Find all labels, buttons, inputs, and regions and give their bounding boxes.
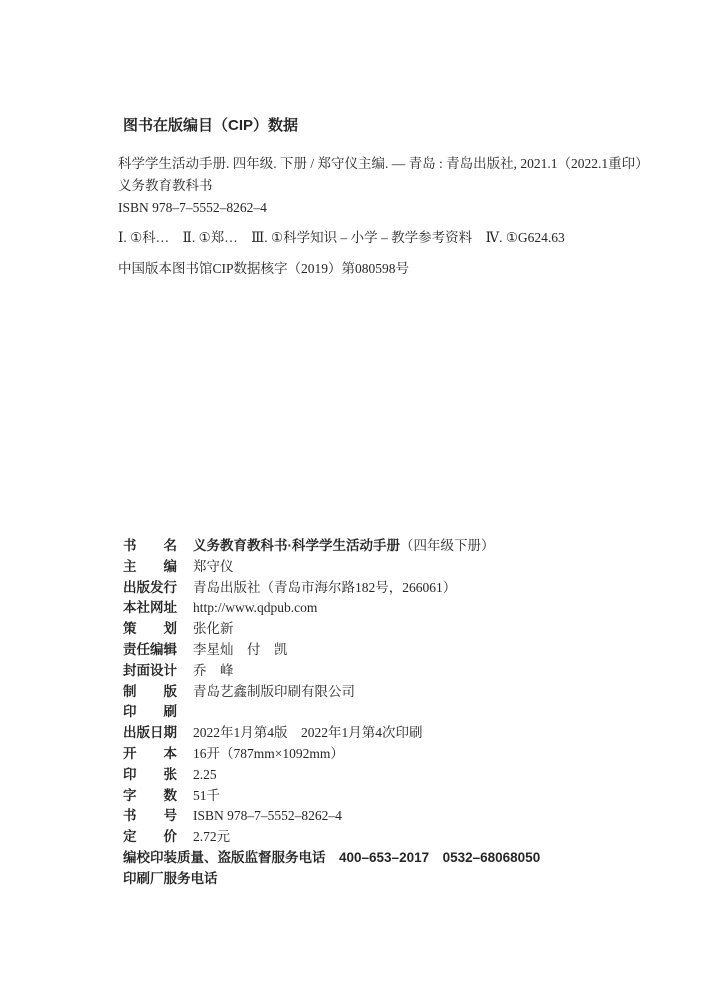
- colophon-row-value: 2.72元: [193, 827, 230, 848]
- colophon-row: 字数 51千: [123, 786, 683, 807]
- colophon-row-value: 16开（787mm×1092mm）: [193, 744, 344, 765]
- colophon-row: 开本 16开（787mm×1092mm）: [123, 744, 683, 765]
- colophon-row-value: 郑守仪: [193, 557, 234, 578]
- colophon-row-label: 定价: [123, 827, 177, 848]
- colophon-footer-line: 印刷厂服务电话: [123, 869, 683, 890]
- colophon-row: 封面设计 乔 峰: [123, 661, 683, 682]
- colophon-row-label: 封面设计: [123, 661, 177, 682]
- colophon-row-value: 乔 峰: [193, 661, 234, 682]
- colophon-row-value: http://www.qdpub.com: [193, 598, 317, 619]
- colophon-row-label: 出版日期: [123, 723, 177, 744]
- colophon-row-label: 策划: [123, 619, 177, 640]
- colophon-row-label: 责任编辑: [123, 640, 177, 661]
- colophon-row-label: 书号: [123, 806, 177, 827]
- colophon-rows: 书名 义务教育教科书·科学学生活动手册 （四年级下册） 主编 郑守仪 出版发行 …: [123, 536, 683, 848]
- colophon-row-value: 义务教育教科书·科学学生活动手册: [193, 536, 400, 557]
- colophon-row-value: 张化新: [193, 619, 234, 640]
- colophon-row: 本社网址 http://www.qdpub.com: [123, 598, 683, 619]
- colophon-row-label: 印刷: [123, 702, 177, 723]
- colophon-row: 出版发行 青岛出版社 （青岛市海尔路182号，266061）: [123, 578, 683, 599]
- colophon-row: 制版 青岛艺鑫制版印刷有限公司: [123, 682, 683, 703]
- colophon-row: 印刷: [123, 702, 683, 723]
- colophon-row-value: 青岛出版社: [193, 578, 261, 599]
- colophon-row: 出版日期 2022年1月第4版 2022年1月第4次印刷: [123, 723, 683, 744]
- colophon-row: 策划 张化新: [123, 619, 683, 640]
- colophon-row-value: 李星灿 付 凯: [193, 640, 288, 661]
- colophon-row: 责任编辑 李星灿 付 凯: [123, 640, 683, 661]
- colophon-row-label: 书名: [123, 536, 177, 557]
- colophon-row-value: ISBN 978–7–5552–8262–4: [193, 806, 342, 827]
- cip-record-line: ISBN 978–7–5552–8262–4: [118, 197, 678, 219]
- cip-record-line: 义务教育教科书: [118, 175, 678, 197]
- cip-classification: Ⅰ. ①科… Ⅱ. ①郑… Ⅲ. ①科学知识 – 小学 – 教学参考资料 Ⅳ. …: [118, 227, 678, 249]
- cip-section: 图书在版编目（CIP）数据 科学学生活动手册. 四年级. 下册 / 郑守仪主编.…: [118, 116, 678, 280]
- colophon-row: 主编 郑守仪: [123, 557, 683, 578]
- colophon-row: 书号 ISBN 978–7–5552–8262–4: [123, 806, 683, 827]
- colophon-row-note: （四年级下册）: [400, 536, 495, 557]
- colophon-row-note: （青岛市海尔路182号，266061）: [261, 578, 457, 599]
- cip-record-lines: 科学学生活动手册. 四年级. 下册 / 郑守仪主编. — 青岛 : 青岛出版社,…: [118, 153, 678, 219]
- colophon-row-label: 字数: [123, 786, 177, 807]
- colophon-row-value: 2022年1月第4版 2022年1月第4次印刷: [193, 723, 423, 744]
- copyright-page: 图书在版编目（CIP）数据 科学学生活动手册. 四年级. 下册 / 郑守仪主编.…: [0, 0, 721, 1005]
- colophon-row: 书名 义务教育教科书·科学学生活动手册 （四年级下册）: [123, 536, 683, 557]
- colophon-row-label: 本社网址: [123, 598, 177, 619]
- colophon-row-value: 51千: [193, 786, 220, 807]
- colophon-row: 定价 2.72元: [123, 827, 683, 848]
- cip-record-number: 中国版本图书馆CIP数据核字（2019）第080598号: [118, 258, 678, 280]
- cip-record-line: 科学学生活动手册. 四年级. 下册 / 郑守仪主编. — 青岛 : 青岛出版社,…: [118, 153, 678, 175]
- colophon-row-label: 印张: [123, 765, 177, 786]
- colophon-section: 书名 义务教育教科书·科学学生活动手册 （四年级下册） 主编 郑守仪 出版发行 …: [123, 536, 683, 890]
- colophon-row: 印张 2.25: [123, 765, 683, 786]
- colophon-row-value: 青岛艺鑫制版印刷有限公司: [193, 682, 355, 703]
- colophon-footer: 编校印装质量、盗版监督服务电话 400–653–2017 0532–680680…: [123, 848, 683, 890]
- colophon-row-label: 开本: [123, 744, 177, 765]
- colophon-footer-line: 编校印装质量、盗版监督服务电话 400–653–2017 0532–680680…: [123, 848, 683, 869]
- colophon-row-value: 2.25: [193, 765, 217, 786]
- colophon-row-label: 出版发行: [123, 578, 177, 599]
- cip-heading: 图书在版编目（CIP）数据: [118, 116, 678, 136]
- colophon-row-label: 主编: [123, 557, 177, 578]
- colophon-row-label: 制版: [123, 682, 177, 703]
